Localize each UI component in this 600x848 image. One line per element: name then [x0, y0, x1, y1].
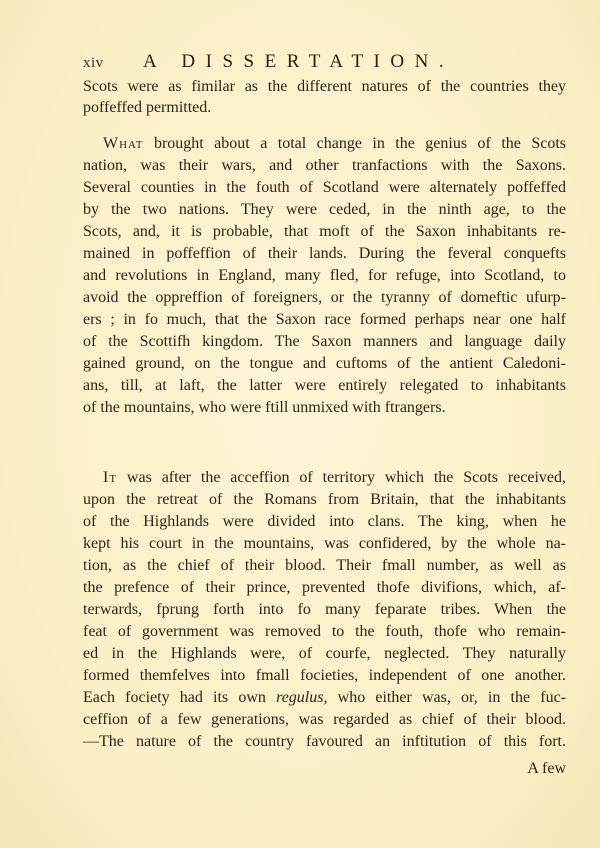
text-line: of the Scottifh kingdom. The Saxon manne…	[83, 332, 566, 352]
text-line: ans, till, at laft, the latter were enti…	[83, 376, 566, 396]
text-line: and revolutions in England, many fled, f…	[83, 266, 566, 286]
text-line: —The nature of the country favoured an i…	[83, 732, 566, 752]
text-line: gained ground, on the tongue and cuftoms…	[83, 354, 566, 374]
text-line: ceffion of a few generations, was regard…	[83, 710, 566, 730]
page-number: xiv	[83, 55, 143, 72]
paragraph-lead: It	[103, 469, 117, 486]
text-line: Scots were as fimilar as the different n…	[83, 77, 566, 97]
text-line: Several counties in the fouth of Scotlan…	[83, 178, 566, 198]
text-line: by the two nations. They were ceded, in …	[83, 200, 566, 220]
text-line: of the mountains, who were ftill unmixed…	[83, 398, 566, 418]
page-header: xiv A DISSERTATION.	[83, 51, 488, 77]
text-line: terwards, fprung forth into fo many fepa…	[83, 600, 566, 620]
text-line: What brought about a total change in the…	[103, 134, 566, 154]
text-line: ed in the Highlands were, of courfe, neg…	[83, 644, 566, 664]
text-line: formed themfelves into fmall focieties, …	[83, 666, 566, 686]
text-line: Each fociety had its own regulus, who ei…	[83, 688, 566, 708]
text-line: Scots, and, it is probable, that moft of…	[83, 222, 566, 242]
paragraph-lead: What	[103, 135, 144, 152]
text-line: ers ; in fo much, that the Saxon race fo…	[83, 310, 566, 330]
italic-term: regulus,	[276, 689, 327, 706]
text-line: poffeffed permitted.	[83, 98, 566, 118]
text-line: feat of government was removed to the fo…	[83, 622, 566, 642]
catchword: A few	[527, 760, 566, 778]
text-line: It was after the acceffion of territory …	[103, 468, 566, 488]
text-line: tion, as the chief of their blood. Their…	[83, 556, 566, 576]
text-line: mained in poffeffion of their lands. Dur…	[83, 244, 566, 264]
text-line: kept his court in the mountains, was con…	[83, 534, 566, 554]
text-line: avoid the oppreffion of foreigners, or t…	[83, 288, 566, 308]
running-title: A DISSERTATION.	[143, 51, 454, 73]
text-line: of the Highlands were divided into clans…	[83, 512, 566, 532]
text-line: the prefence of their prince, prevented …	[83, 578, 566, 598]
text-line: nation, was their wars, and other tranfa…	[83, 156, 566, 176]
text-line: upon the retreat of the Romans from Brit…	[83, 490, 566, 510]
book-page: xiv A DISSERTATION. Scots were as fimila…	[0, 0, 600, 848]
